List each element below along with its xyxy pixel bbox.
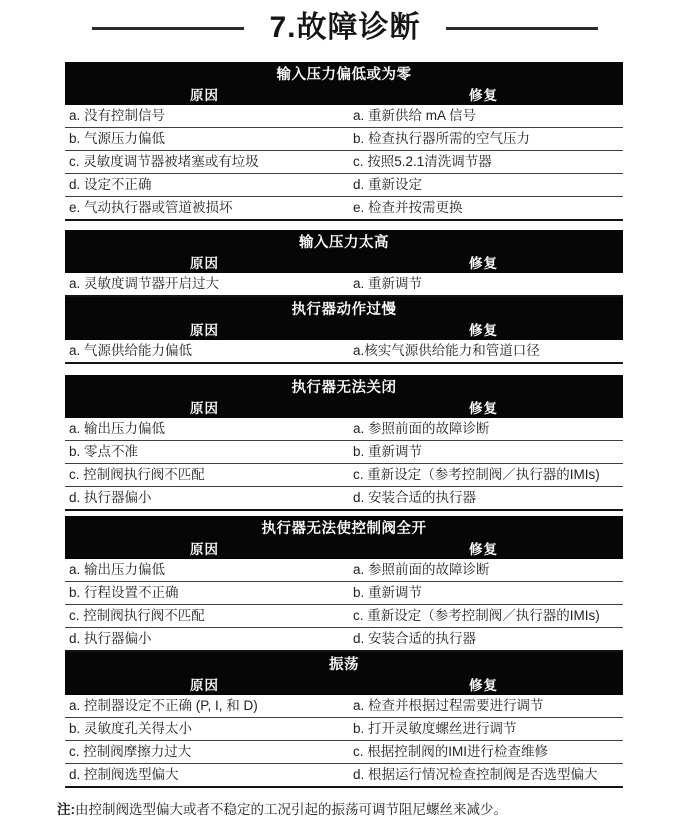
table-header: 执行器无法关闭 原因 修复	[65, 375, 623, 418]
table-row: a. 没有控制信号 a. 重新供给 mA 信号	[65, 105, 623, 128]
column-header-fix: 修复	[344, 254, 623, 273]
page-title-row: 7.故障诊断	[0, 0, 690, 50]
cause-cell: d. 控制阀选型偏大	[65, 764, 344, 786]
cause-cell: c. 控制阀摩擦力过大	[65, 741, 344, 763]
cause-cell: b. 零点不准	[65, 441, 344, 463]
fix-cell: b. 检查执行器所需的空气压力	[344, 128, 623, 150]
title-rule-right	[446, 27, 598, 30]
column-header-row: 原因 修复	[65, 676, 623, 695]
table-row: c. 灵敏度调节器被堵塞或有垃圾 c. 按照5.2.1清洗调节器	[65, 151, 623, 174]
fault-table-actuator-cannot-fully-open-valve: 执行器无法使控制阀全开 原因 修复 a. 输出压力偏低 a. 参照前面的故障诊断…	[65, 516, 623, 652]
cause-cell: d. 设定不正确	[65, 174, 344, 196]
table-title: 执行器动作过慢	[65, 300, 623, 321]
cause-cell: a. 控制器设定不正确 (P, I, 和 D)	[65, 695, 344, 717]
table-row: e. 气动执行器或管道被损坏 e. 检查并按需更换	[65, 197, 623, 221]
table-header: 执行器动作过慢 原因 修复	[65, 297, 623, 340]
column-header-row: 原因 修复	[65, 540, 623, 559]
table-row: d. 执行器偏小 d. 安装合适的执行器	[65, 487, 623, 511]
table-row: b. 行程设置不正确 b. 重新调节	[65, 582, 623, 605]
cause-cell: c. 灵敏度调节器被堵塞或有垃圾	[65, 151, 344, 173]
fix-cell: a. 重新供给 mA 信号	[344, 105, 623, 127]
table-row: c. 控制阀执行阀不匹配 c. 重新设定（参考控制阀／执行器的IMIs)	[65, 605, 623, 628]
column-header-fix: 修复	[344, 321, 623, 340]
cause-cell: a. 灵敏度调节器开启过大	[65, 273, 344, 295]
fix-cell: a. 检查并根据过程需要进行调节	[344, 695, 623, 717]
fix-cell: c. 重新设定（参考控制阀／执行器的IMIs)	[344, 605, 623, 627]
table-header: 执行器无法使控制阀全开 原因 修复	[65, 516, 623, 559]
column-header-fix: 修复	[344, 676, 623, 695]
fix-cell: d. 安装合适的执行器	[344, 628, 623, 650]
fault-table-actuator-cannot-close: 执行器无法关闭 原因 修复 a. 输出压力偏低 a. 参照前面的故障诊断 b. …	[65, 375, 623, 511]
cause-cell: c. 控制阀执行阀不匹配	[65, 464, 344, 486]
footnote: 注:由控制阀选型偏大或者不稳定的工况引起的振荡可调节阻尼螺丝来减少。	[57, 801, 690, 819]
fix-cell: c. 重新设定（参考控制阀／执行器的IMIs)	[344, 464, 623, 486]
cause-cell: c. 控制阀执行阀不匹配	[65, 605, 344, 627]
footnote-text: 由控制阀选型偏大或者不稳定的工况引起的振荡可调节阻尼螺丝来减少。	[75, 802, 507, 817]
column-header-cause: 原因	[65, 254, 344, 273]
table-row: d. 控制阀选型偏大 d. 根据运行情况检查控制阀是否选型偏大	[65, 764, 623, 788]
column-header-row: 原因 修复	[65, 399, 623, 418]
table-header: 输入压力太高 原因 修复	[65, 230, 623, 273]
table-header: 振荡 原因 修复	[65, 652, 623, 695]
table-row: b. 零点不准 b. 重新调节	[65, 441, 623, 464]
table-title: 输入压力偏低或为零	[65, 65, 623, 86]
fix-cell: e. 检查并按需更换	[344, 197, 623, 219]
cause-cell: d. 执行器偏小	[65, 628, 344, 650]
table-row: a. 灵敏度调节器开启过大 a. 重新调节	[65, 273, 623, 297]
table-title: 执行器无法使控制阀全开	[65, 519, 623, 540]
fault-table-input-pressure-low-or-zero: 输入压力偏低或为零 原因 修复 a. 没有控制信号 a. 重新供给 mA 信号 …	[65, 62, 623, 221]
cause-cell: b. 气源压力偏低	[65, 128, 344, 150]
cause-cell: b. 灵敏度孔关得太小	[65, 718, 344, 740]
fix-cell: d. 根据运行情况检查控制阀是否选型偏大	[344, 764, 623, 786]
fix-cell: b. 重新调节	[344, 441, 623, 463]
table-row: c. 控制阀摩擦力过大 c. 根据控制阀的IMI进行检查维修	[65, 741, 623, 764]
table-title: 振荡	[65, 655, 623, 676]
fix-cell: c. 根据控制阀的IMI进行检查维修	[344, 741, 623, 763]
cause-cell: a. 气源供给能力偏低	[65, 340, 344, 362]
table-row: a. 输出压力偏低 a. 参照前面的故障诊断	[65, 559, 623, 582]
fix-cell: a.核实气源供给能力和管道口径	[344, 340, 623, 362]
page-title: 7.故障诊断	[269, 9, 420, 47]
fault-table-oscillation: 振荡 原因 修复 a. 控制器设定不正确 (P, I, 和 D) a. 检查并根…	[65, 652, 623, 788]
table-title: 执行器无法关闭	[65, 378, 623, 399]
column-header-cause: 原因	[65, 676, 344, 695]
fix-cell: a. 重新调节	[344, 273, 623, 295]
cause-cell: a. 输出压力偏低	[65, 418, 344, 440]
column-header-fix: 修复	[344, 399, 623, 418]
table-row: d. 设定不正确 d. 重新设定	[65, 174, 623, 197]
cause-cell: a. 没有控制信号	[65, 105, 344, 127]
title-rule-left	[92, 27, 244, 30]
fault-table-actuator-too-slow: 执行器动作过慢 原因 修复 a. 气源供给能力偏低 a.核实气源供给能力和管道口…	[65, 297, 623, 364]
document-page: 7.故障诊断 输入压力偏低或为零 原因 修复 a. 没有控制信号 a. 重新供给…	[0, 0, 690, 832]
column-header-row: 原因 修复	[65, 254, 623, 273]
fix-cell: d. 安装合适的执行器	[344, 487, 623, 509]
fix-cell: c. 按照5.2.1清洗调节器	[344, 151, 623, 173]
table-row: d. 执行器偏小 d. 安装合适的执行器	[65, 628, 623, 652]
table-row: b. 灵敏度孔关得太小 b. 打开灵敏度螺丝进行调节	[65, 718, 623, 741]
cause-cell: d. 执行器偏小	[65, 487, 344, 509]
column-header-cause: 原因	[65, 321, 344, 340]
table-row: b. 气源压力偏低 b. 检查执行器所需的空气压力	[65, 128, 623, 151]
cause-cell: b. 行程设置不正确	[65, 582, 344, 604]
column-header-cause: 原因	[65, 399, 344, 418]
table-row: a. 控制器设定不正确 (P, I, 和 D) a. 检查并根据过程需要进行调节	[65, 695, 623, 718]
column-header-cause: 原因	[65, 86, 344, 105]
fault-table-input-pressure-high: 输入压力太高 原因 修复 a. 灵敏度调节器开启过大 a. 重新调节	[65, 230, 623, 297]
column-header-row: 原因 修复	[65, 86, 623, 105]
table-row: c. 控制阀执行阀不匹配 c. 重新设定（参考控制阀／执行器的IMIs)	[65, 464, 623, 487]
column-header-fix: 修复	[344, 540, 623, 559]
column-header-fix: 修复	[344, 86, 623, 105]
fix-cell: d. 重新设定	[344, 174, 623, 196]
fix-cell: a. 参照前面的故障诊断	[344, 559, 623, 581]
table-header: 输入压力偏低或为零 原因 修复	[65, 62, 623, 105]
table-title: 输入压力太高	[65, 233, 623, 254]
column-header-cause: 原因	[65, 540, 344, 559]
cause-cell: a. 输出压力偏低	[65, 559, 344, 581]
column-header-row: 原因 修复	[65, 321, 623, 340]
footnote-label: 注:	[57, 802, 75, 817]
fix-cell: b. 重新调节	[344, 582, 623, 604]
table-row: a. 气源供给能力偏低 a.核实气源供给能力和管道口径	[65, 340, 623, 364]
fix-cell: a. 参照前面的故障诊断	[344, 418, 623, 440]
table-row: a. 输出压力偏低 a. 参照前面的故障诊断	[65, 418, 623, 441]
fix-cell: b. 打开灵敏度螺丝进行调节	[344, 718, 623, 740]
cause-cell: e. 气动执行器或管道被损坏	[65, 197, 344, 219]
